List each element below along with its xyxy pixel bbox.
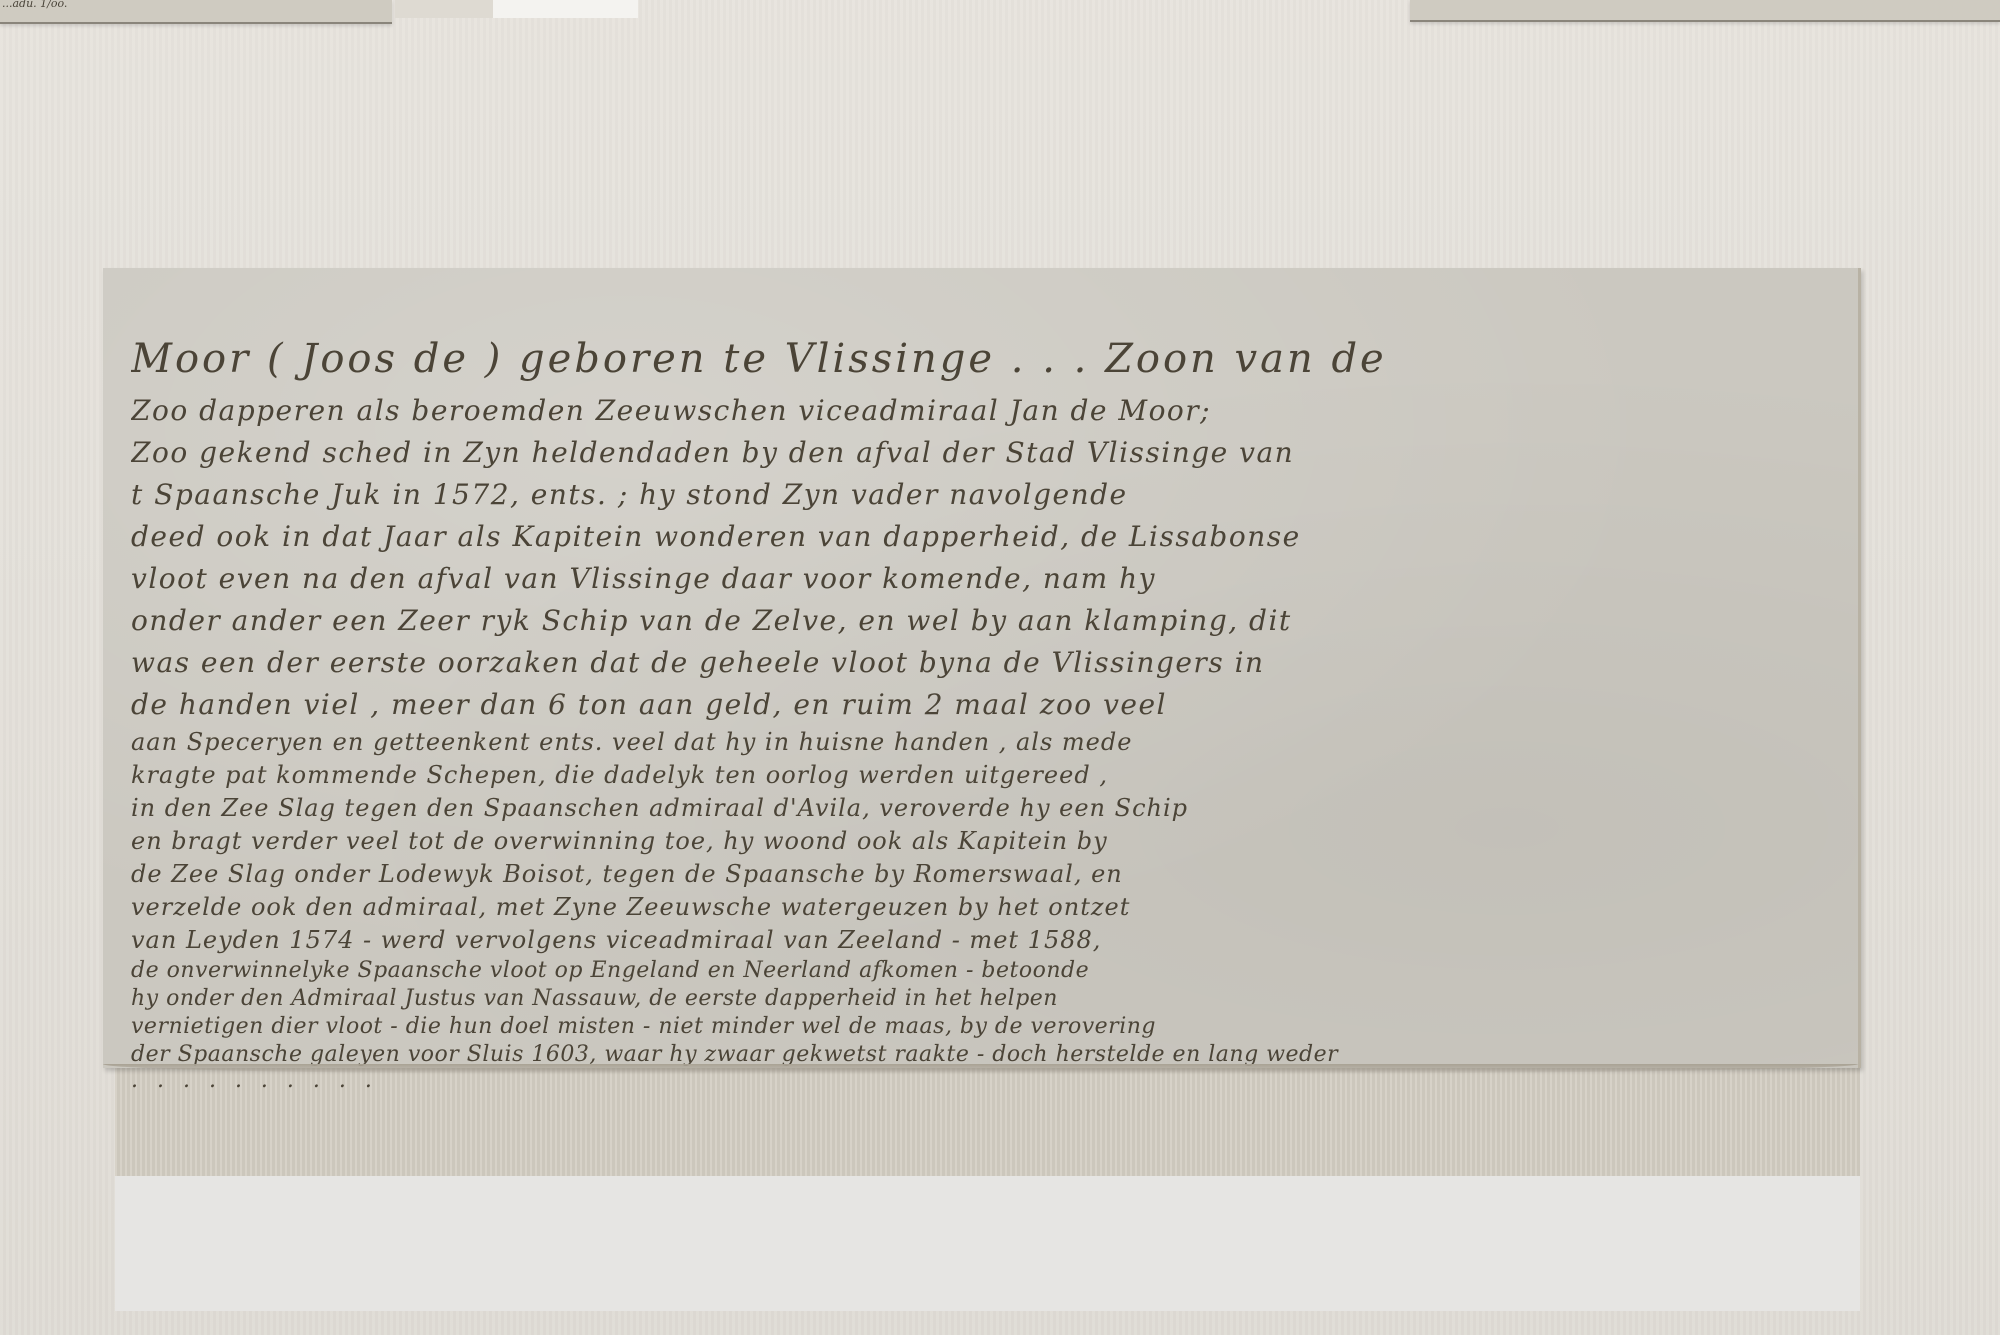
manuscript-line-title: Moor ( Joos de ) geboren te Vlissinge . …: [131, 328, 1838, 390]
manuscript-line: Zoo dapperen als beroemden Zeeuwschen vi…: [131, 390, 1838, 432]
manuscript-line: deed ook in dat Jaar als Kapitein wonder…: [131, 516, 1838, 558]
tissue-paper: [115, 1176, 1860, 1311]
top-left-scrap: ...adu. 1/oo.: [0, 0, 392, 24]
manuscript-line: t Spaansche Juk in 1572, ents. ; hy ston…: [131, 474, 1838, 516]
manuscript-text: Moor ( Joos de ) geboren te Vlissinge . …: [131, 328, 1838, 1093]
manuscript-sheet-wrapper: Moor ( Joos de ) geboren te Vlissinge . …: [103, 268, 1863, 1068]
top-label: [493, 0, 638, 18]
top-tape: [395, 0, 493, 18]
manuscript-line: vernietigen dier vloot - die hun doel mi…: [131, 1013, 1838, 1041]
manuscript-line: van Leyden 1574 - werd vervolgens vicead…: [131, 924, 1838, 957]
top-fragment-text: ...adu. 1/oo.: [2, 0, 67, 10]
manuscript-line: hy onder den Admiraal Justus van Nassauw…: [131, 985, 1838, 1013]
manuscript-line: kragte pat kommende Schepen, die dadelyk…: [131, 759, 1838, 792]
manuscript-line: verzelde ook den admiraal, met Zyne Zeeu…: [131, 891, 1838, 924]
manuscript-line: in den Zee Slag tegen den Spaanschen adm…: [131, 792, 1838, 825]
manuscript-line: de onverwinnelyke Spaansche vloot op Eng…: [131, 957, 1838, 985]
manuscript-line: was een der eerste oorzaken dat de gehee…: [131, 642, 1838, 684]
manuscript-line: de Zee Slag onder Lodewyk Boisot, tegen …: [131, 858, 1838, 891]
manuscript-line-dots: . . . . . . . . . .: [131, 1069, 1838, 1093]
manuscript-line: de handen viel , meer dan 6 ton aan geld…: [131, 684, 1838, 726]
manuscript-sheet: Moor ( Joos de ) geboren te Vlissinge . …: [103, 268, 1861, 1068]
manuscript-line: aan Speceryen en getteenkent ents. veel …: [131, 726, 1838, 759]
manuscript-line: vloot even na den afval van Vlissinge da…: [131, 558, 1838, 600]
manuscript-line: Zoo gekend sched in Zyn heldendaden by d…: [131, 432, 1838, 474]
manuscript-line: onder ander een Zeer ryk Schip van de Ze…: [131, 600, 1838, 642]
manuscript-line: der Spaansche galeyen voor Sluis 1603, w…: [131, 1041, 1838, 1069]
top-right-scrap: [1410, 0, 2000, 22]
manuscript-line: en bragt verder veel tot de overwinning …: [131, 825, 1838, 858]
